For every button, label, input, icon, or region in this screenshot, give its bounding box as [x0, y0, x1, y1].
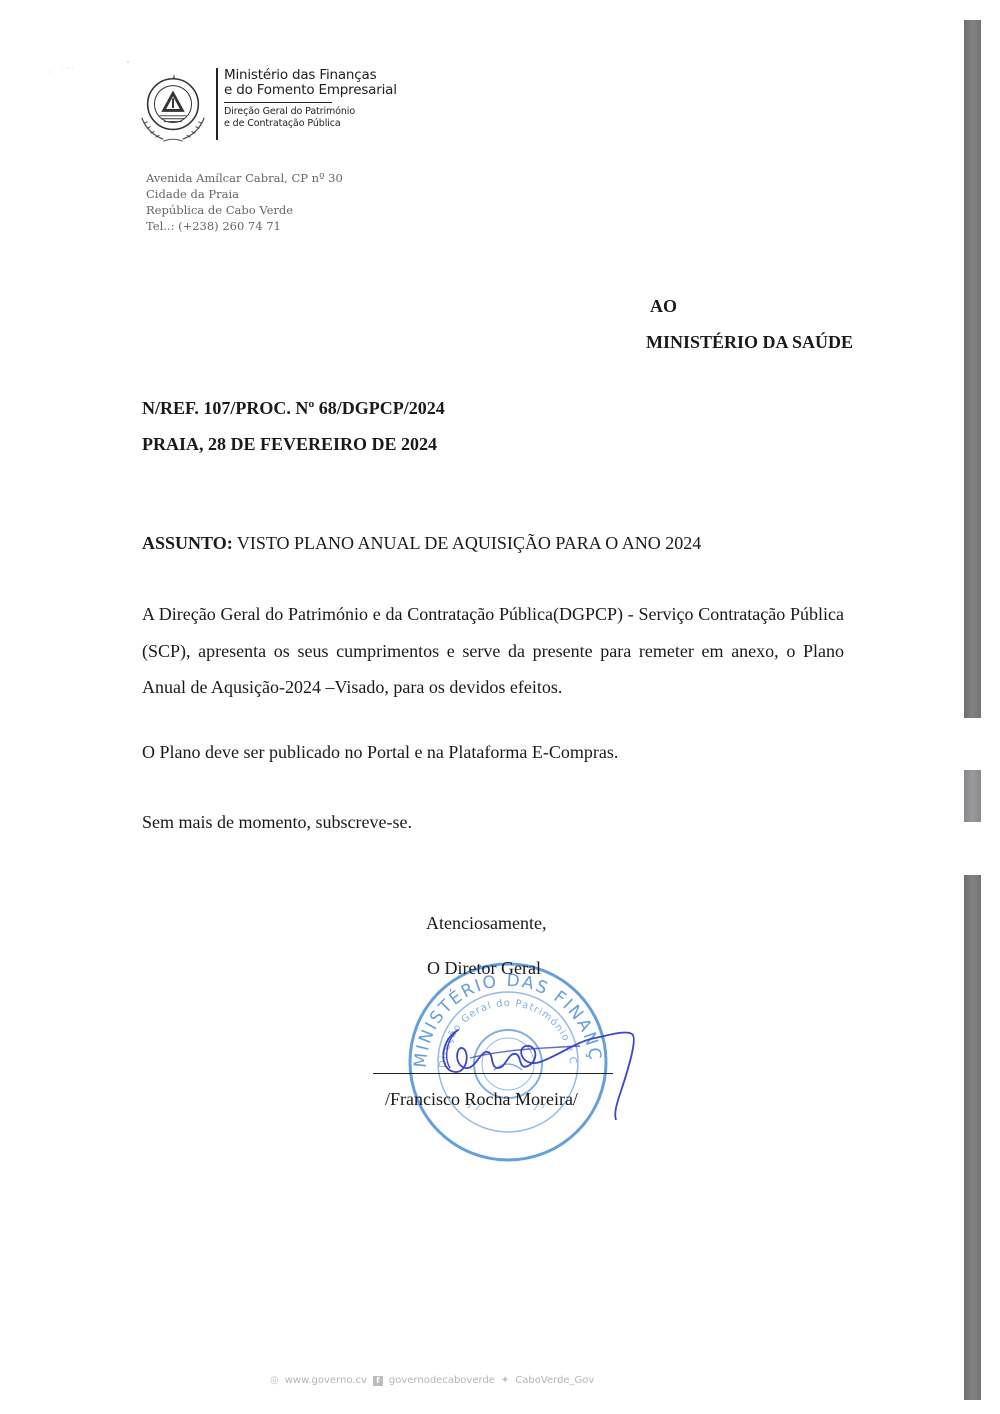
letterhead: Ministério das Finanças e do Fomento Emp…: [134, 68, 397, 148]
directorate-name-line1: Direção Geral do Património: [224, 106, 397, 118]
footer-facebook[interactable]: governodecaboverde: [389, 1375, 495, 1386]
subject-label: ASSUNTO:: [142, 533, 233, 553]
subject-text: VISTO PLANO ANUAL DE AQUISIÇÃO PARA O AN…: [233, 533, 702, 553]
closing-salutation: Atenciosamente,: [426, 910, 546, 936]
address-line: Tel..: (+238) 260 74 71: [146, 218, 343, 234]
letterhead-divider: [224, 102, 332, 103]
ministry-name-line1: Ministério das Finanças: [224, 68, 397, 83]
address-line: Cidade da Praia: [146, 186, 343, 202]
handwritten-signature-icon: [410, 1010, 650, 1120]
signatory-title: O Diretor Geral: [427, 955, 541, 981]
reference-block: N/REF. 107/PROC. Nº 68/DGPCP/2024 PRAIA,…: [142, 390, 445, 462]
letterhead-text: Ministério das Finanças e do Fomento Emp…: [216, 68, 397, 140]
directorate-name-line2: e de Contratação Pública: [224, 118, 397, 130]
subject-line: ASSUNTO: VISTO PLANO ANUAL DE AQUISIÇÃO …: [142, 530, 701, 556]
ministry-name-line2: e do Fomento Empresarial: [224, 83, 397, 98]
place-date: PRAIA, 28 DE FEVEREIRO DE 2024: [142, 426, 445, 462]
address-line: Avenida Amílcar Cabral, CP nº 30: [146, 170, 343, 186]
cabo-verde-coat-of-arms-icon: [134, 68, 212, 148]
footer-twitter[interactable]: CaboVerde_Gov: [515, 1375, 594, 1386]
body-paragraph: O Plano deve ser publicado no Portal e n…: [142, 734, 844, 771]
recipient-prefix: AO: [646, 288, 853, 324]
globe-icon: ◎: [270, 1375, 279, 1386]
reference-number: N/REF. 107/PROC. Nº 68/DGPCP/2024: [142, 390, 445, 426]
scan-edge-bar: [964, 20, 981, 718]
recipient-block: AO MINISTÉRIO DA SAÚDE: [646, 288, 853, 360]
body-paragraph: A Direção Geral do Património e da Contr…: [142, 596, 844, 706]
sender-address: Avenida Amílcar Cabral, CP nº 30 Cidade …: [146, 170, 343, 234]
recipient-name: MINISTÉRIO DA SAÚDE: [646, 324, 853, 360]
scan-specks: [40, 60, 140, 90]
scan-edge-bar: [964, 770, 981, 822]
footer-website[interactable]: www.governo.cv: [285, 1375, 367, 1386]
footer: ◎ www.governo.cv f governodecaboverde ✦ …: [270, 1375, 594, 1386]
body-paragraph: Sem mais de momento, subscreve-se.: [142, 804, 844, 841]
twitter-icon: ✦: [501, 1375, 509, 1386]
scan-edge-bar: [964, 875, 981, 1400]
facebook-icon: f: [373, 1376, 383, 1386]
address-line: República de Cabo Verde: [146, 202, 343, 218]
